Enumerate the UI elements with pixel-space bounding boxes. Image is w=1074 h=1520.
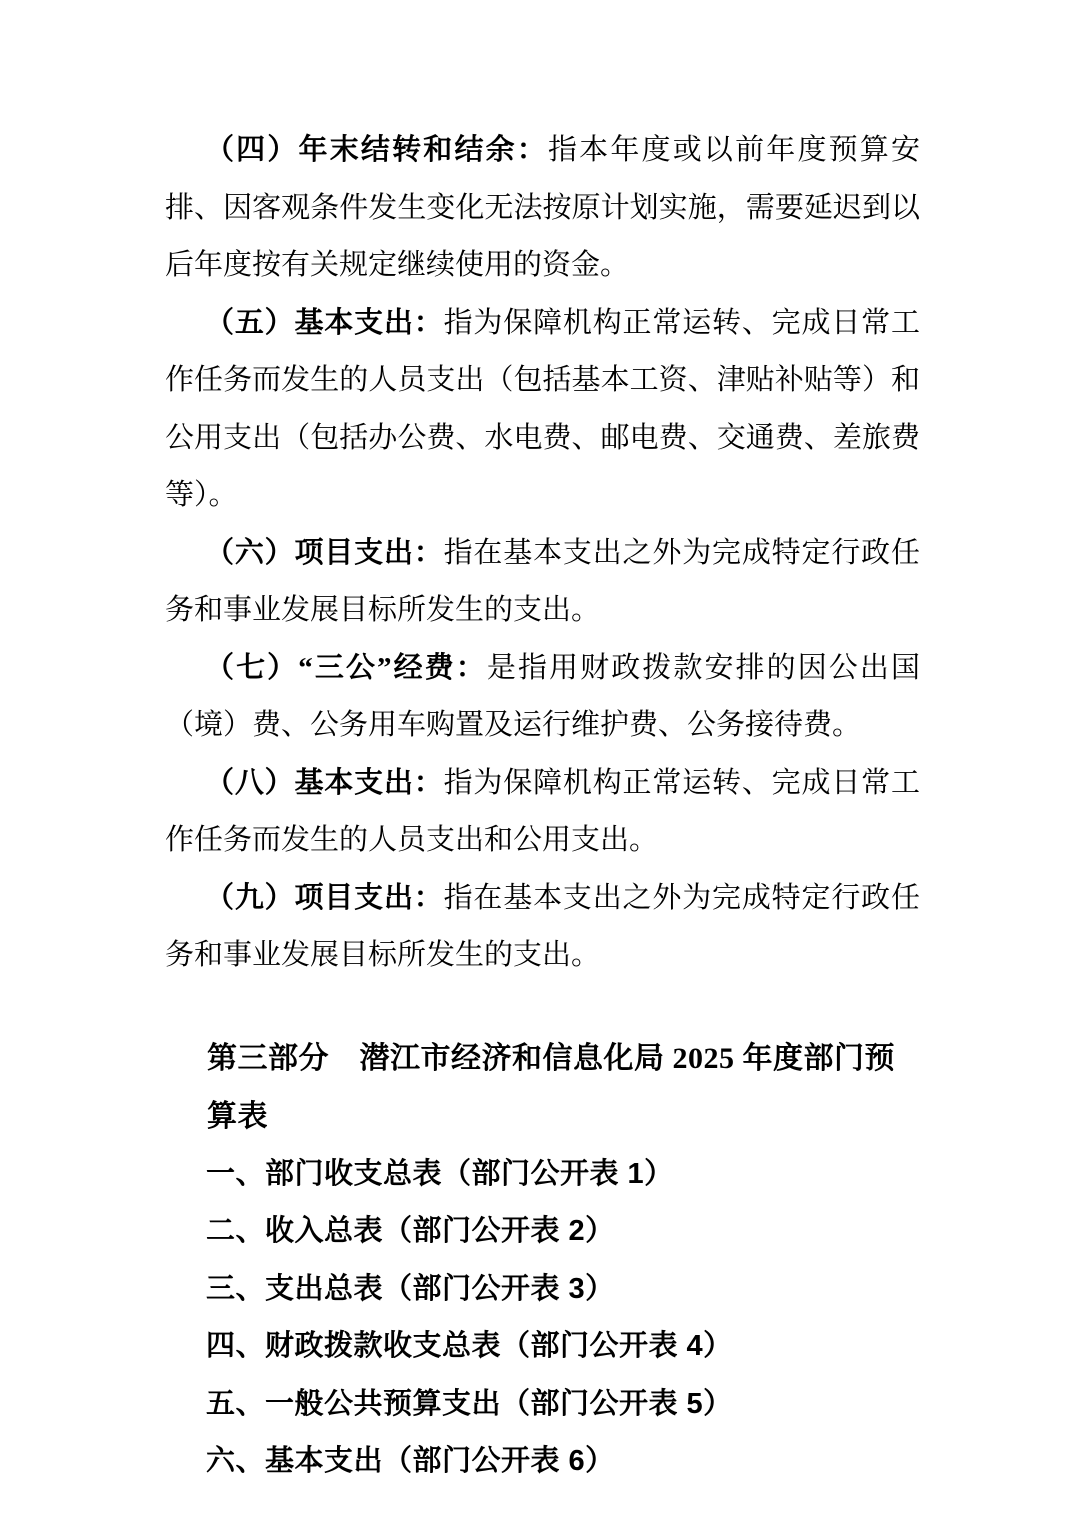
definition-term: （九）项目支出： xyxy=(205,882,444,914)
definition-term: （五）基本支出： xyxy=(205,307,444,339)
definition-paragraph: （五）基本支出：指为保障机构正常运转、完成日常工作任务而发生的人员支出（包括基本… xyxy=(165,295,920,525)
definition-term: （八）基本支出： xyxy=(205,767,444,799)
definition-paragraph: （四）年末结转和结余：指本年度或以前年度预算安排、因客观条件发生变化无法按原计划… xyxy=(165,122,920,295)
budget-table-list-item: 一、部门收支总表（部门公开表 1） xyxy=(206,1146,920,1204)
document-content: （四）年末结转和结余：指本年度或以前年度预算安排、因客观条件发生变化无法按原计划… xyxy=(165,122,920,1491)
budget-table-list-item: 三、支出总表（部门公开表 3） xyxy=(206,1261,920,1319)
section-heading: 第三部分 潜江市经济和信息化局 2025 年度部门预算表 xyxy=(207,1030,920,1146)
definition-paragraph: （九）项目支出：指在基本支出之外为完成特定行政任务和事业发展目标所发生的支出。 xyxy=(165,870,920,985)
budget-table-list-item: 五、一般公共预算支出（部门公开表 5） xyxy=(206,1376,920,1434)
definition-term: （四）年末结转和结余： xyxy=(205,134,548,166)
definition-term: （六）项目支出： xyxy=(205,537,444,569)
budget-table-list-item: 二、收入总表（部门公开表 2） xyxy=(206,1203,920,1261)
definition-term: （七）“三公”经费： xyxy=(205,652,487,684)
definition-paragraph: （八）基本支出：指为保障机构正常运转、完成日常工作任务而发生的人员支出和公用支出… xyxy=(165,755,920,870)
budget-table-list: 一、部门收支总表（部门公开表 1） 二、收入总表（部门公开表 2） 三、支出总表… xyxy=(165,1146,920,1491)
definition-paragraph: （七）“三公”经费：是指用财政拨款安排的因公出国（境）费、公务用车购置及运行维护… xyxy=(165,640,920,755)
budget-table-list-item: 六、基本支出（部门公开表 6） xyxy=(206,1433,920,1491)
definition-paragraph: （六）项目支出：指在基本支出之外为完成特定行政任务和事业发展目标所发生的支出。 xyxy=(165,525,920,640)
budget-table-list-item: 四、财政拨款收支总表（部门公开表 4） xyxy=(206,1318,920,1376)
document-page: （四）年末结转和结余：指本年度或以前年度预算安排、因客观条件发生变化无法按原计划… xyxy=(0,0,1074,1520)
